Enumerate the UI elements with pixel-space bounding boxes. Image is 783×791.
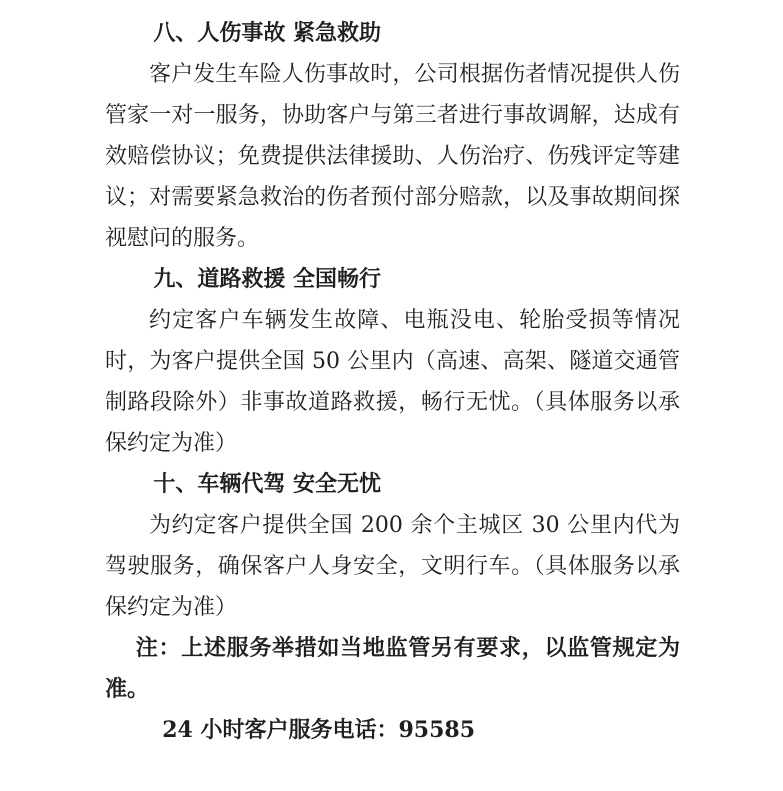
section-heading-road-rescue: 九、道路救援 全国畅行 bbox=[105, 259, 680, 300]
paragraph-road-rescue: 约定客户车辆发生故障、电瓶没电、轮胎受损等情况时，为客户提供全国 50 公里内（… bbox=[105, 300, 680, 464]
section-heading-designated-driving: 十、车辆代驾 安全无忧 bbox=[105, 464, 680, 505]
note-regulatory-disclaimer: 注：上述服务举措如当地监管另有要求，以监管规定为准。 bbox=[105, 628, 680, 710]
paragraph-designated-driving: 为约定客户提供全国 200 余个主城区 30 公里内代为驾驶服务，确保客户人身安… bbox=[105, 505, 680, 628]
service-phone-number: 95585 bbox=[398, 717, 475, 743]
document-page: 八、人伤事故 紧急救助 客户发生车险人伤事故时，公司根据伤者情况提供人伤管家一对… bbox=[0, 0, 783, 791]
hotline-line: 24 小时客户服务电话：95585 bbox=[105, 710, 680, 751]
document-body: 八、人伤事故 紧急救助 客户发生车险人伤事故时，公司根据伤者情况提供人伤管家一对… bbox=[105, 13, 680, 751]
section-heading-personal-injury-rescue: 八、人伤事故 紧急救助 bbox=[105, 13, 680, 54]
hotline-label: 24 小时客户服务电话： bbox=[162, 717, 398, 743]
paragraph-personal-injury-service: 客户发生车险人伤事故时，公司根据伤者情况提供人伤管家一对一服务，协助客户与第三者… bbox=[105, 54, 680, 259]
